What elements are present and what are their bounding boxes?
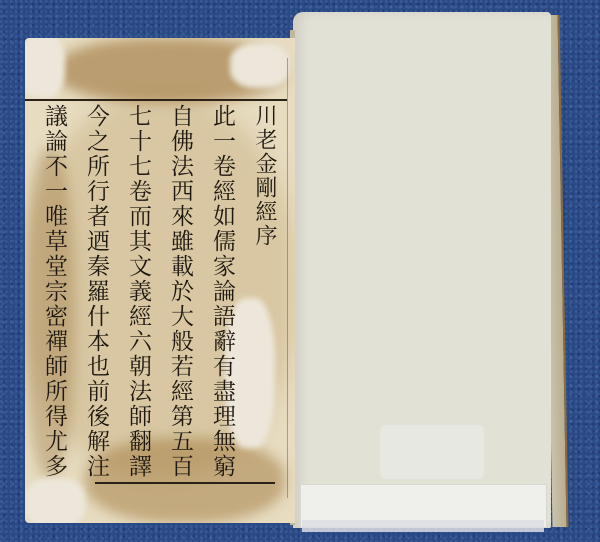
text-column: 議論不一唯草堂宗密禪師所得尤多 (33, 104, 75, 479)
text-column: 七十七卷而其文義經六朝法師翻譯 (117, 104, 159, 479)
text-column: 自佛法西來雖載於大般若經第五百 (159, 104, 201, 479)
paper-slip-under (302, 520, 544, 532)
print-frame-bottom-rule (95, 482, 275, 484)
title-column: 川老金剛經序 (243, 104, 285, 479)
pale-label-patch (380, 425, 484, 479)
text-columns: 川老金剛經序 此一卷經如儒家論語辭有盡理無窮 自佛法西來雖載於大般若經第五百 七… (27, 104, 285, 479)
text-column: 觀其序云住一十十夫密宗陪差斷二十 (25, 104, 33, 479)
text-column: 今之所行者迺秦羅什本也前後解注 (75, 104, 117, 479)
paper-wear (25, 38, 65, 98)
paper-wear (230, 43, 290, 88)
print-frame-right-rule (287, 58, 288, 498)
print-frame-top-rule (25, 99, 287, 101)
left-printed-page: 川老金剛經序 此一卷經如儒家論語辭有盡理無窮 自佛法西來雖載於大般若經第五百 七… (25, 38, 295, 523)
paper-wear (25, 478, 85, 523)
text-column: 此一卷經如儒家論語辭有盡理無窮 (201, 104, 243, 479)
book-photo: 川老金剛經序 此一卷經如儒家論語辭有盡理無窮 自佛法西來雖載於大般若經第五百 七… (0, 0, 600, 542)
